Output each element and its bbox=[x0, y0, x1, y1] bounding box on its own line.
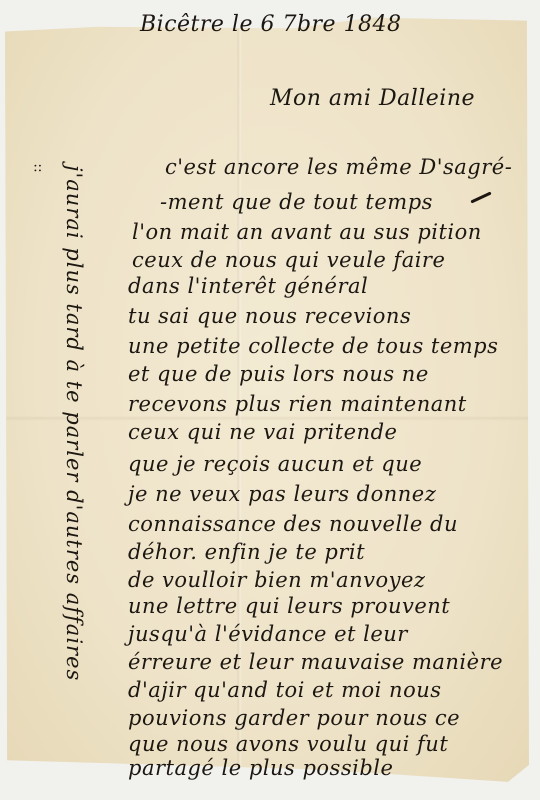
body-line: d'ajir qu'and toi et moi nous bbox=[128, 678, 442, 702]
body-line: jusqu'à l'évidance et leur bbox=[128, 622, 408, 646]
body-line: c'est ancore les même D'sagré- bbox=[165, 155, 512, 179]
body-line: dans l'interêt général bbox=[128, 274, 368, 298]
body-line: une petite collecte de tous temps bbox=[128, 334, 498, 358]
body-line: recevons plus rien maintenant bbox=[128, 392, 467, 416]
body-line: que nous avons voulu qui fut bbox=[128, 732, 448, 756]
body-line: l'on mait an avant au sus pition bbox=[132, 220, 482, 244]
body-line: je ne veux pas leurs donnez bbox=[128, 482, 436, 506]
margin-mark: :: bbox=[31, 163, 47, 172]
body-line: ceux qui ne vai pritende bbox=[128, 420, 397, 444]
dateline: Bicêtre le 6 7bre 1848 bbox=[140, 12, 402, 37]
body-line: pouvions garder pour nous ce bbox=[128, 706, 460, 730]
body-line: partagé le plus possible bbox=[128, 756, 393, 780]
body-line: déhor. enfin je te prit bbox=[128, 540, 365, 564]
salutation: Mon ami Dalleine bbox=[270, 86, 475, 111]
body-line: tu sai que nous recevions bbox=[128, 304, 411, 328]
body-line: -ment que de tout temps bbox=[160, 190, 433, 214]
body-line: que je reçois aucun et que bbox=[128, 452, 422, 476]
body-line: une lettre qui leurs prouvent bbox=[128, 594, 450, 618]
margin-note: j'aurai plus tard à te parler d'autres a… bbox=[62, 165, 86, 681]
body-line: de voulloir bien m'anvoyez bbox=[128, 568, 425, 592]
body-line: et que de puis lors nous ne bbox=[128, 362, 429, 386]
body-line: ceux de nous qui veule faire bbox=[132, 248, 445, 272]
body-line: connaissance des nouvelle du bbox=[128, 512, 458, 536]
body-line: érreure et leur mauvaise manière bbox=[128, 650, 503, 674]
